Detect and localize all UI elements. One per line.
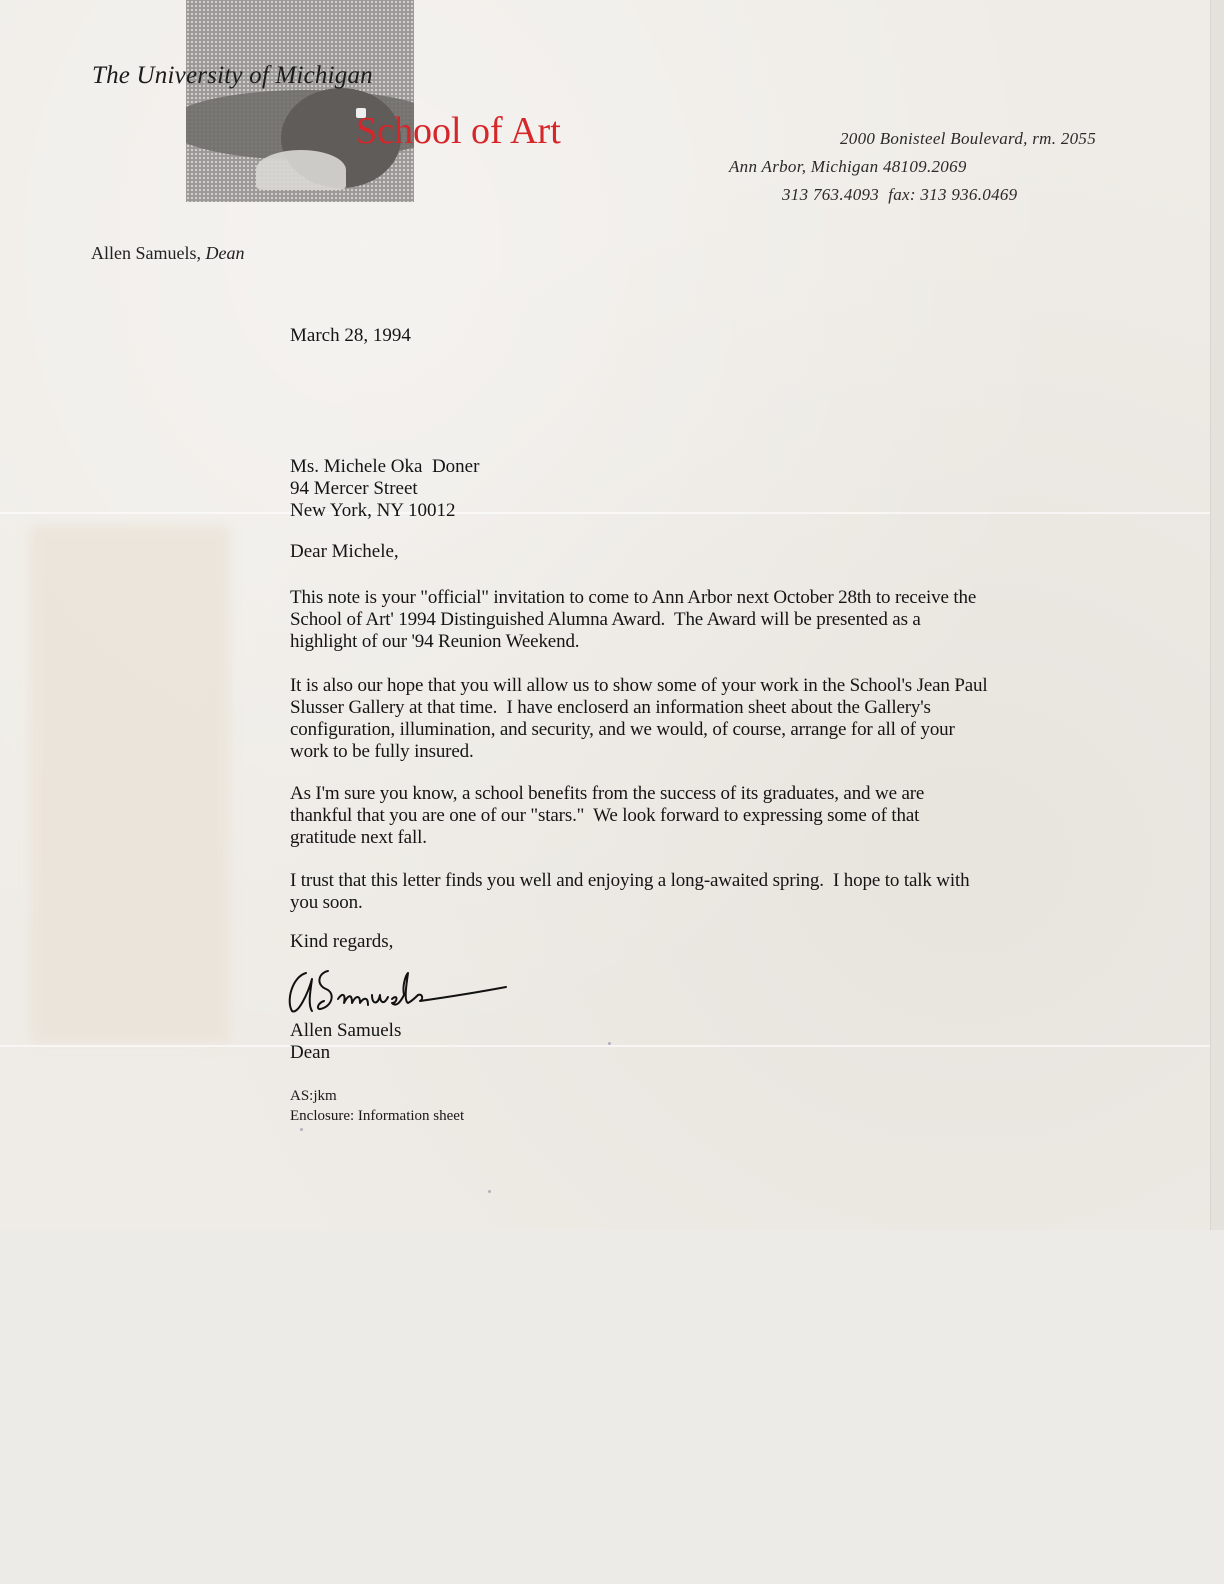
paragraph-line: configuration, illumination, and securit… <box>290 719 1120 741</box>
reference-block: AS:jkm Enclosure: Information sheet <box>290 1086 464 1126</box>
paragraph-line: It is also our hope that you will allow … <box>290 675 1120 697</box>
paragraph-gallery: It is also our hope that you will allow … <box>290 675 1120 763</box>
signer-name: Allen Samuels <box>290 1020 401 1042</box>
address-city: Ann Arbor, Michigan 48109.2069 <box>729 157 967 177</box>
enclosure-note: Enclosure: Information sheet <box>290 1106 464 1126</box>
scan-speck <box>608 1042 611 1045</box>
dean-title: Dean <box>206 243 245 263</box>
dean-name: Allen Samuels, <box>91 243 201 263</box>
scan-speck <box>488 1190 491 1193</box>
paragraph-line: Slusser Gallery at that time. I have enc… <box>290 697 1120 719</box>
address-street: 2000 Bonisteel Boulevard, rm. 2055 <box>840 129 1096 149</box>
recipient-city: New York, NY 10012 <box>290 500 479 522</box>
paragraph-line: As I'm sure you know, a school benefits … <box>290 783 1120 805</box>
signer-title: Dean <box>290 1042 401 1064</box>
school-name: School of Art <box>356 109 561 153</box>
paper-fold <box>0 512 1210 514</box>
recipient-name: Ms. Michele Oka Doner <box>290 456 479 478</box>
phone-fax: 313 763.4093 fax: 313 936.0469 <box>782 185 1017 205</box>
recipient-address: Ms. Michele Oka Doner 94 Mercer Street N… <box>290 456 479 522</box>
scan-speck <box>300 1128 303 1131</box>
paper-edge <box>1210 0 1224 1230</box>
university-name: The University of Michigan <box>92 62 373 90</box>
closing: Kind regards, <box>290 931 393 953</box>
dean-header: Allen Samuels, Dean <box>91 243 245 264</box>
paragraph-line: you soon. <box>290 892 1120 914</box>
eye-halftone-logo <box>186 0 414 202</box>
paragraph-line: thankful that you are one of our "stars.… <box>290 805 1120 827</box>
paragraph-line: gratitude next fall. <box>290 827 1120 849</box>
letter-date: March 28, 1994 <box>290 325 411 347</box>
scan-background <box>0 1230 1224 1584</box>
paragraph-line: This note is your "official" invitation … <box>290 587 1120 609</box>
paragraph-invitation: This note is your "official" invitation … <box>290 587 1120 653</box>
reference-initials: AS:jkm <box>290 1086 464 1106</box>
signer-block: Allen Samuels Dean <box>290 1020 401 1064</box>
paper-stain <box>30 525 230 1045</box>
salutation: Dear Michele, <box>290 541 399 563</box>
paragraph-line: I trust that this letter finds you well … <box>290 870 1120 892</box>
paper-fold <box>0 1045 1210 1047</box>
paragraph-line: School of Art' 1994 Distinguished Alumna… <box>290 609 1120 631</box>
paragraph-gratitude: As I'm sure you know, a school benefits … <box>290 783 1120 849</box>
recipient-street: 94 Mercer Street <box>290 478 479 500</box>
signature-image <box>284 963 514 1018</box>
paragraph-line: work to be fully insured. <box>290 741 1120 763</box>
paragraph-line: highlight of our '94 Reunion Weekend. <box>290 631 1120 653</box>
paragraph-closing: I trust that this letter finds you well … <box>290 870 1120 914</box>
